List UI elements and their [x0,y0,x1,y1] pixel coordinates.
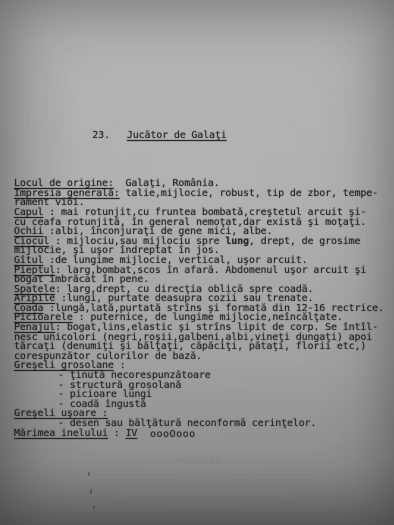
doc-lines: Locul de origine: Galaţi, România.Impres… [14,179,390,438]
title-text: Jucător de Galaţi [127,130,227,141]
text-segment: , drept, de grosime [249,236,361,247]
text-segment: talie,mijlocie, robust, tip de zbor, tem… [120,188,378,199]
text-segment: : [108,428,126,439]
photo-of-document: 23.Jucător de Galaţi Locul de origine: G… [0,0,394,525]
doc-line: Mărimea inelului : IV [14,429,390,439]
title-number: 23. [92,130,110,141]
document-body: 23.Jucător de Galaţi Locul de origine: G… [14,102,390,457]
separator-ornament: oooOooo [150,429,196,440]
bleed-through-text: oooOooo [176,455,222,466]
underlined-label: Mărimea inelului [14,428,108,439]
paper-speck [90,489,92,494]
paper-speck [93,506,95,509]
document-title: 23.Jucător de Galaţi [14,121,390,150]
paper-speck [88,472,90,476]
bold-text: lung [225,236,248,247]
underlined-label: IV [126,428,138,439]
